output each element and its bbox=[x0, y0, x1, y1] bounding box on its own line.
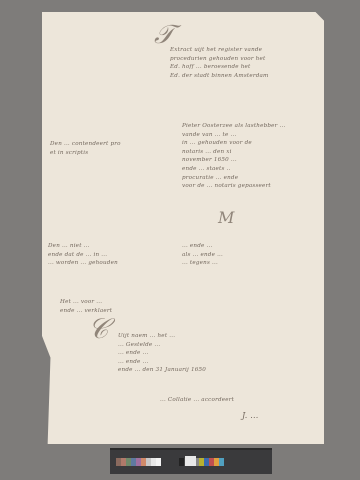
attestation-line: ... Collatie ... accordeert bbox=[160, 396, 320, 405]
center-mark: M bbox=[218, 208, 234, 227]
signature: J. ... bbox=[242, 412, 322, 421]
left-paragraph-2: Den ... niet ... ende dat de ... in ... … bbox=[48, 242, 178, 268]
left-margin-note: Den ... contendeert pro et in scriptis bbox=[50, 140, 160, 157]
closing-flourish: 𝒞 bbox=[88, 312, 108, 346]
color-swatch bbox=[219, 458, 224, 466]
color-calibration-bar bbox=[110, 448, 272, 474]
right-paragraph-2: ... ende ... als ... ende ... ... tegens… bbox=[182, 242, 322, 268]
heading-text: Extract uijt het register vande procedur… bbox=[170, 46, 320, 80]
manuscript-page: 𝒯 Extract uijt het register vande proced… bbox=[42, 12, 324, 444]
closing-paragraph: Uijt naem ... het ... ... Gestelde ... .… bbox=[118, 332, 324, 375]
right-paragraph-1: Pieter Oosterzee als lasthebber ... vand… bbox=[182, 122, 322, 191]
calibration-label bbox=[185, 456, 196, 466]
color-swatch bbox=[156, 458, 161, 466]
color-swatches bbox=[116, 458, 224, 466]
left-paragraph-3: Het ... voor ... ende ... verklaert bbox=[60, 298, 200, 315]
